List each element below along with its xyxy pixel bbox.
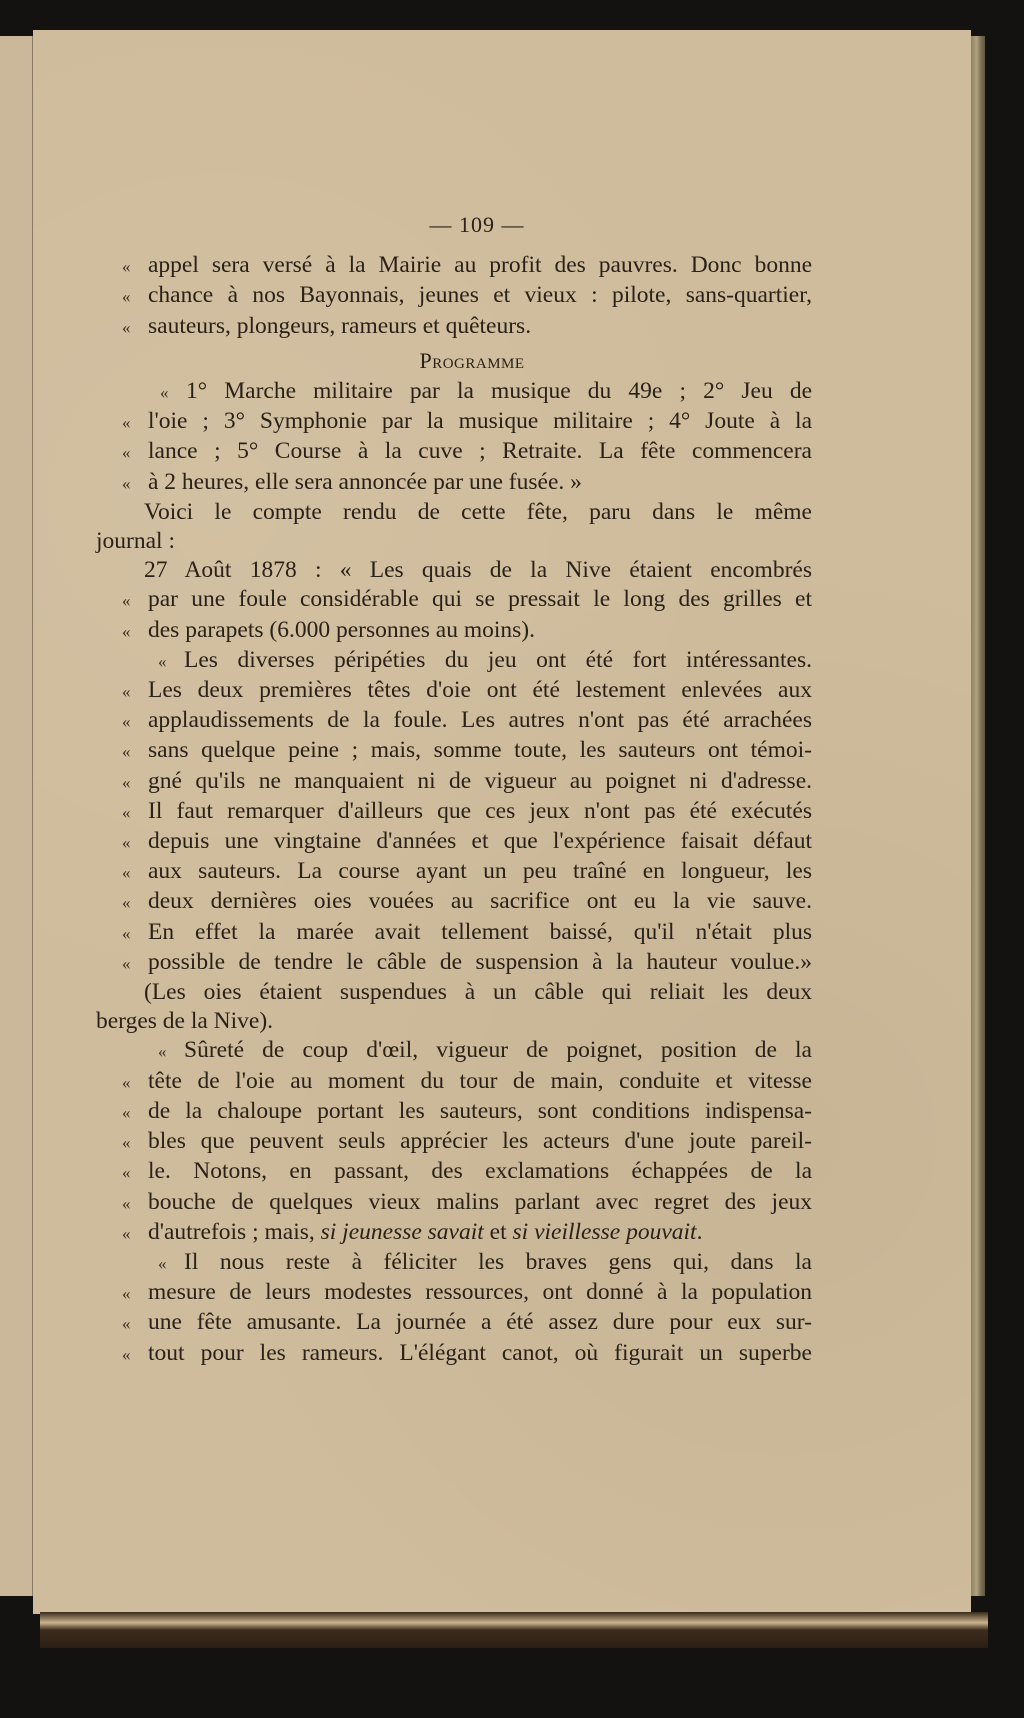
text-line: Voici le compte rendu de cette fête, par… bbox=[96, 498, 812, 527]
text-line: «bles que peuvent seuls apprécier les ac… bbox=[122, 1127, 812, 1157]
section-heading: Programme bbox=[122, 346, 812, 375]
text-line: «le. Notons, en passant, des exclamation… bbox=[122, 1157, 812, 1187]
text-line: journal : bbox=[96, 527, 812, 556]
page-text: — 109 — «appel sera versé à la Mairie au… bbox=[122, 210, 812, 1369]
text-line: «tête de l'oie au moment du tour de main… bbox=[122, 1067, 812, 1097]
text-line: «lance ; 5° Course à la cuve ; Retraite.… bbox=[122, 437, 812, 467]
text-line: «chance à nos Bayonnais, jeunes et vieux… bbox=[122, 281, 812, 311]
text-line: «tout pour les rameurs. L'élégant canot,… bbox=[122, 1339, 812, 1369]
text-line: «gné qu'ils ne manquaient ni de vigueur … bbox=[122, 767, 812, 797]
text-line: «l'oie ; 3° Symphonie par la musique mil… bbox=[122, 407, 812, 437]
italic-phrase: si vieillesse pouvait bbox=[513, 1219, 697, 1245]
text-line: «bouche de quelques vieux malins parlant… bbox=[122, 1188, 812, 1218]
page-number: — 109 — bbox=[122, 210, 812, 239]
text-line: «applaudissements de la foule. Les autre… bbox=[122, 706, 812, 736]
text-line: «1° Marche militaire par la musique du 4… bbox=[122, 377, 812, 407]
text-line: «aux sauteurs. La course ayant un peu tr… bbox=[122, 857, 812, 887]
text-line: berges de la Nive). bbox=[96, 1007, 812, 1036]
text-line: «sans quelque peine ; mais, somme toute,… bbox=[122, 736, 812, 766]
text-line: «Sûreté de coup d'œil, vigueur de poigne… bbox=[122, 1036, 812, 1066]
text-line: «une fête amusante. La journée a été ass… bbox=[122, 1308, 812, 1338]
text-line: «deux dernières oies vouées au sacrifice… bbox=[122, 887, 812, 917]
text-line: «Les diverses péripéties du jeu ont été … bbox=[122, 646, 812, 676]
text-line: «de la chaloupe portant les sauteurs, so… bbox=[122, 1097, 812, 1127]
text-line: «à 2 heures, elle sera annoncée par une … bbox=[122, 468, 812, 498]
text-line: «depuis une vingtaine d'années et que l'… bbox=[122, 827, 812, 857]
text-line: «possible de tendre le câble de suspensi… bbox=[122, 948, 812, 978]
text-line: (Les oies étaient suspendues à un câble … bbox=[96, 978, 812, 1007]
text-line: «d'autrefois ; mais, si jeunesse savait … bbox=[122, 1218, 812, 1248]
text-line: «mesure de leurs modestes ressources, on… bbox=[122, 1278, 812, 1308]
text-line: «sauteurs, plongeurs, rameurs et quêteur… bbox=[122, 312, 812, 342]
page-stack-right-edge bbox=[971, 36, 985, 1596]
text-line: «appel sera versé à la Mairie au profit … bbox=[122, 251, 812, 281]
text-line: «des parapets (6.000 personnes au moins)… bbox=[122, 616, 812, 646]
text-line: «En effet la marée avait tellement baiss… bbox=[122, 918, 812, 948]
italic-phrase: si jeunesse savait bbox=[321, 1219, 484, 1245]
text-line: «par une foule considérable qui se press… bbox=[122, 585, 812, 615]
text-line: «Les deux premières têtes d'oie ont été … bbox=[122, 676, 812, 706]
facing-page-edge bbox=[0, 36, 33, 1596]
page-stack-bottom-edge bbox=[40, 1612, 988, 1648]
text-line: «Il faut remarquer d'ailleurs que ces je… bbox=[122, 797, 812, 827]
text-line: 27 Août 1878 : « Les quais de la Nive ét… bbox=[96, 556, 812, 585]
text-line: «Il nous reste à féliciter les braves ge… bbox=[122, 1248, 812, 1278]
